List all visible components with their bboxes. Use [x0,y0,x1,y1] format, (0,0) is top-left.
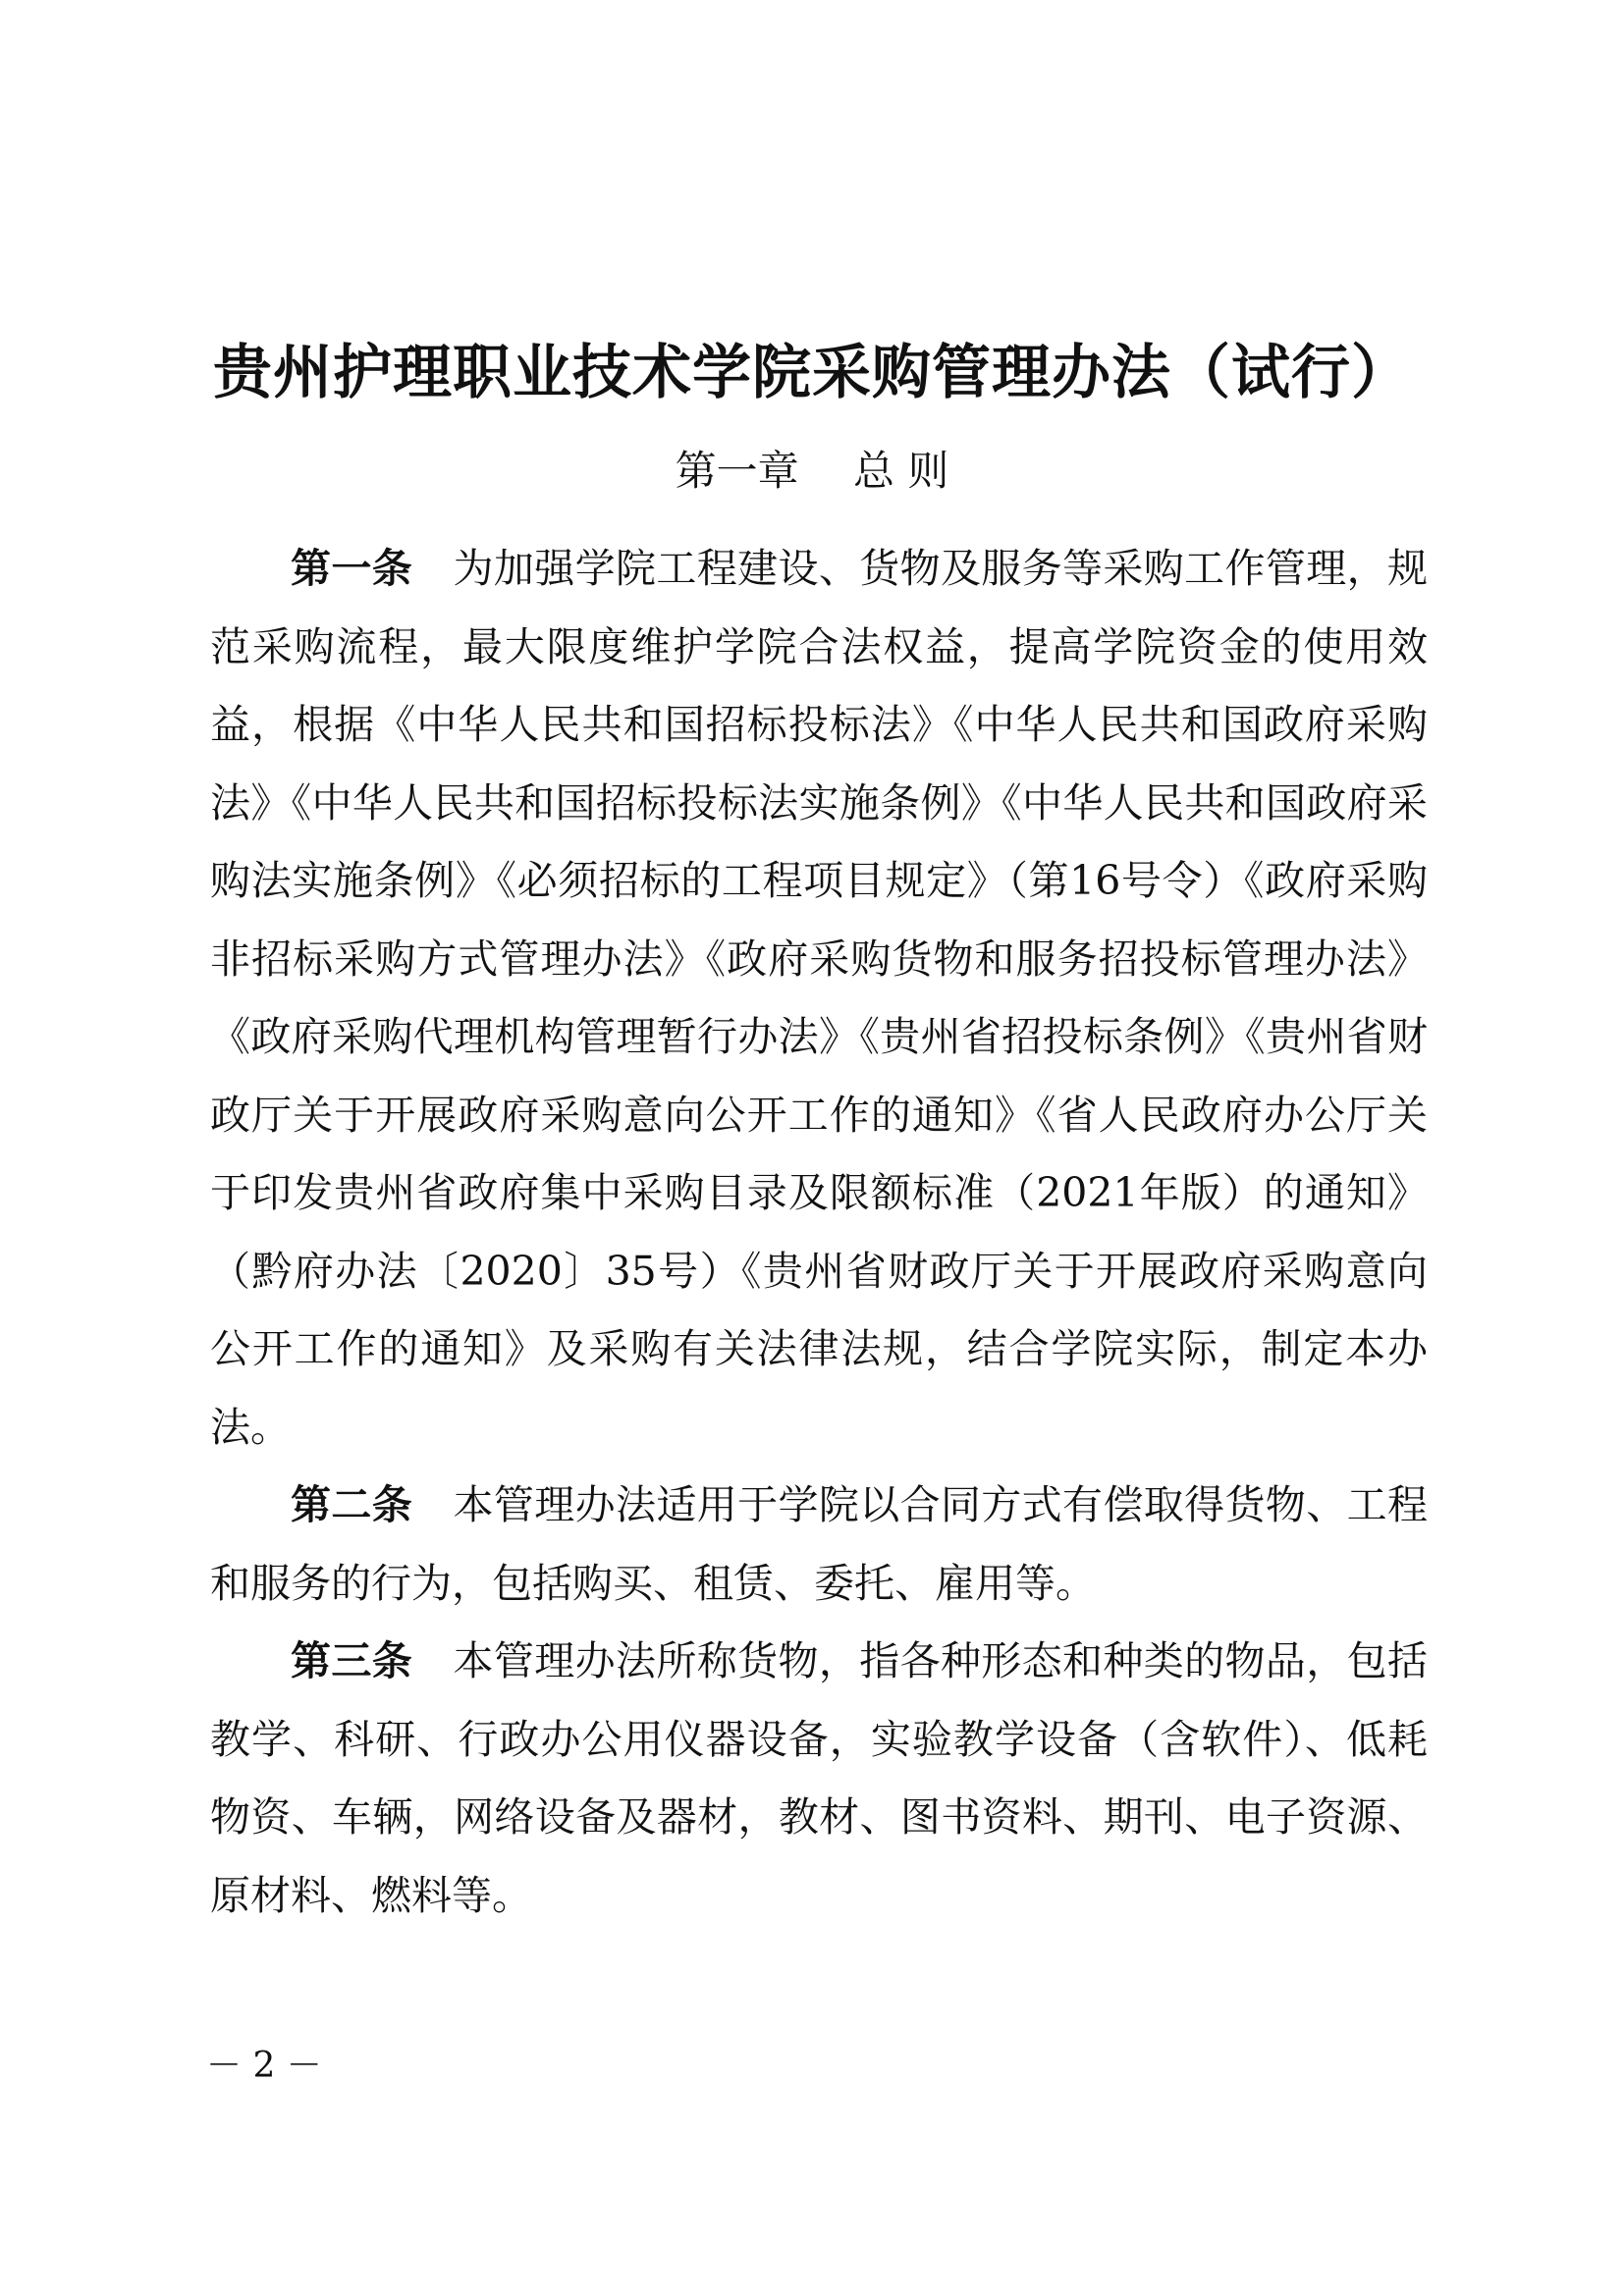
document-page: 贵州护理职业技术学院采购管理办法（试行） 第一章 总 则 第一条为加强学院工程建… [0,0,1624,2296]
article-3: 第三条本管理办法所称货物，指各种形态和种类的物品，包括教学、科研、行政办公用仪器… [210,1623,1428,1935]
article-label: 第三条 [291,1637,412,1684]
article-2: 第二条本管理办法适用于学院以合同方式有偿取得货物、工程和服务的行为，包括购买、租… [210,1467,1428,1623]
chapter-heading: 第一章 总 则 [0,442,1624,501]
article-text: 为加强学院工程建设、货物及服务等采购工作管理，规范采购流程，最大限度维护学院合法… [210,545,1428,1451]
page-number: － 2 － [206,2042,322,2091]
article-label: 第二条 [291,1481,412,1528]
article-label: 第一条 [291,545,412,592]
document-title: 贵州护理职业技术学院采购管理办法（试行） [0,334,1624,412]
document-body: 第一条为加强学院工程建设、货物及服务等采购工作管理，规范采购流程，最大限度维护学… [210,530,1428,1935]
article-1: 第一条为加强学院工程建设、货物及服务等采购工作管理，规范采购流程，最大限度维护学… [210,530,1428,1467]
